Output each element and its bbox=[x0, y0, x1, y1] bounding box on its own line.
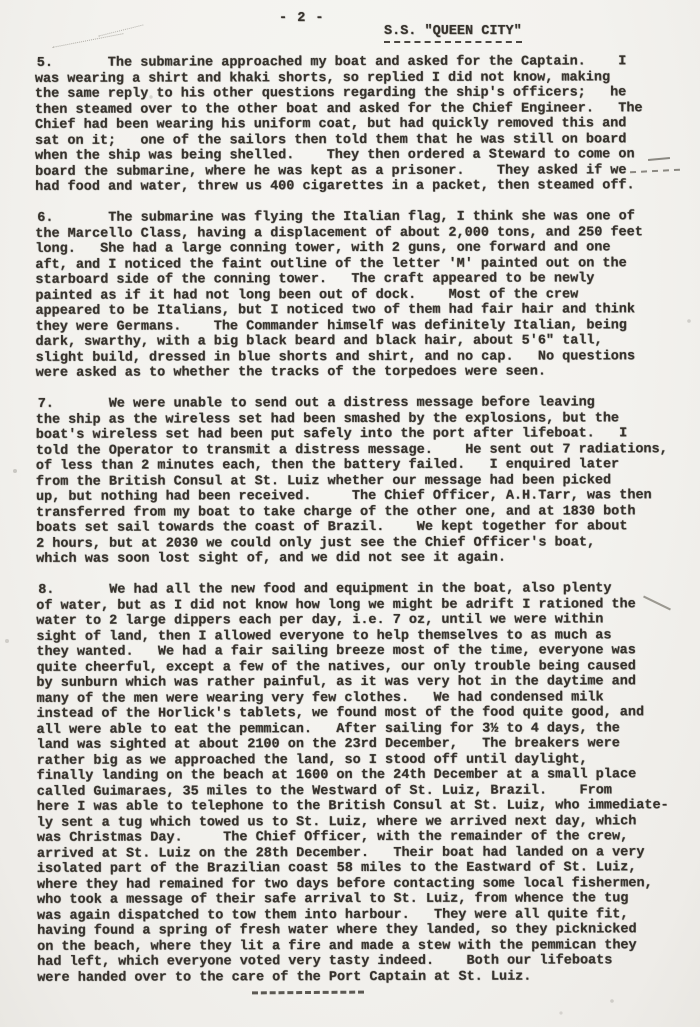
scan-speckles bbox=[0, 0, 2, 2]
pencil-scribble bbox=[53, 33, 124, 48]
text-line: sight of land, then I allowed everyone t… bbox=[36, 628, 676, 645]
report-body: 5.The submarine approached my boat and a… bbox=[35, 54, 677, 986]
text-line: which was soon lost sight of, and we did… bbox=[36, 550, 676, 567]
text-line: transferred from my boat to take charge … bbox=[36, 504, 676, 521]
text-line: who took a message of their safe arrival… bbox=[37, 891, 677, 908]
text-line: on the beach, where they lit a fire and … bbox=[37, 938, 677, 955]
text-line: had left, which everyone voted very tast… bbox=[37, 953, 677, 970]
text-line: starboard side of the conning tower. The… bbox=[35, 271, 675, 288]
text-line: was Christmas Day. The Chief Officer, wi… bbox=[37, 829, 677, 846]
text-line: ly sent a tug which towed us to St. Luiz… bbox=[37, 814, 677, 831]
text-line: long. She had a large conning tower, wit… bbox=[35, 240, 675, 257]
text-line: was wearing a shirt and khaki shorts, so… bbox=[35, 70, 675, 87]
text-line: quite cheerful, except a few of the nati… bbox=[36, 659, 676, 676]
pencil-scribble bbox=[99, 24, 144, 36]
text-line: from the British Consul at St. Luiz whet… bbox=[36, 473, 676, 490]
text-line: finally landing on the beach at 1600 on … bbox=[37, 767, 677, 784]
text-line: when the ship was being shelled. They th… bbox=[35, 147, 675, 164]
paragraph-6: 6.The submarine was flying the Italian f… bbox=[35, 209, 675, 381]
text-line: had food and water, threw us 400 cigaret… bbox=[35, 178, 675, 195]
text-line: all were able to eat the pemmican. After… bbox=[37, 721, 677, 738]
paragraph-8: 8.We had all the new food and equipment … bbox=[36, 581, 677, 986]
text-line: of water, but as I did not know how long… bbox=[36, 597, 676, 614]
text-line: instead of the Horlick's tablets, we fou… bbox=[36, 705, 676, 722]
text-line: aft, and I noticed the faint outline of … bbox=[35, 256, 675, 273]
text-line: here I was able to telephone to the Brit… bbox=[37, 798, 677, 815]
scanned-document-page: - 2 - S.S. "QUEEN CITY" 5.The submarine … bbox=[0, 0, 700, 1027]
text-line: We were unable to send out a distress me… bbox=[36, 395, 676, 412]
text-line: We had all the new food and equipment in… bbox=[36, 581, 676, 598]
paragraph-7: 7.We were unable to send out a distress … bbox=[36, 395, 676, 567]
text-line: were handed over to the care of the Port… bbox=[37, 969, 677, 986]
text-line: having found a spring of fresh water whe… bbox=[37, 922, 677, 939]
text-line: painted as if it had not long been out o… bbox=[35, 287, 675, 304]
text-line: rather big as we approached the land, so… bbox=[37, 752, 677, 769]
text-line: dark, swarthy, with a big black beard an… bbox=[36, 333, 676, 350]
text-line: boats set sail towards the coast of Braz… bbox=[36, 519, 676, 536]
text-line: sat on it; one of the sailors then told … bbox=[35, 132, 675, 149]
text-line: up, but nothing had been received. The C… bbox=[36, 488, 676, 505]
text-line: then steamed over to the other boat and … bbox=[35, 101, 675, 118]
text-line: the ship as the wireless set had been sm… bbox=[36, 411, 676, 428]
typed-separator bbox=[252, 991, 364, 995]
text-line: The submarine approached my boat and ask… bbox=[35, 54, 675, 71]
text-line: water to 2 large dippers each per day, i… bbox=[36, 612, 676, 629]
text-line: arrived at St. Luiz on the 28th December… bbox=[37, 845, 677, 862]
text-line: The submarine was flying the Italian fla… bbox=[35, 209, 675, 226]
text-line: the Marcello Class, having a displacemen… bbox=[35, 225, 675, 242]
text-line: where they had remained for two days bef… bbox=[37, 876, 677, 893]
text-line: they were Germans. The Commander himself… bbox=[35, 318, 675, 335]
text-line: slight build, dressed in blue shorts and… bbox=[36, 349, 676, 366]
text-line: board the submarine, where he was kept a… bbox=[35, 163, 675, 180]
text-line: were asked as to whether the tracks of t… bbox=[36, 364, 676, 381]
text-line: isolated part of the Brazilian coast 58 … bbox=[37, 860, 677, 877]
document-title: S.S. "QUEEN CITY" bbox=[384, 24, 522, 43]
text-line: of less than 2 minutes each, then the ba… bbox=[36, 457, 676, 474]
text-line: the same reply to his other questions re… bbox=[35, 85, 675, 102]
text-line: appeared to be Italians, but I noticed t… bbox=[35, 302, 675, 319]
text-line: was again dispatched to tow them into ha… bbox=[37, 907, 677, 924]
text-line: Chief had been wearing his uniform coat,… bbox=[35, 116, 675, 133]
page-number: - 2 - bbox=[279, 11, 325, 26]
text-line: 2 hours, but at 2030 we could only just … bbox=[36, 535, 676, 552]
paragraph-number: 5. bbox=[37, 56, 53, 72]
text-line: told the Operator to transmit a distress… bbox=[36, 442, 676, 459]
paragraph-number: 8. bbox=[38, 583, 54, 599]
paragraph-number: 6. bbox=[37, 211, 53, 227]
text-line: boat's wireless set had been put safely … bbox=[36, 426, 676, 443]
paragraph-5: 5.The submarine approached my boat and a… bbox=[35, 54, 675, 195]
text-line: land was sighted at about 2100 on the 23… bbox=[37, 736, 677, 753]
text-line: they wanted. We had a fair sailing breez… bbox=[36, 643, 676, 660]
text-line: by sunburn which was rather painful, as … bbox=[36, 674, 676, 691]
text-line: called Guimaraes, 35 miles to the Westwa… bbox=[37, 783, 677, 800]
paragraph-number: 7. bbox=[38, 397, 54, 413]
text-line: many of the men were wearing very few cl… bbox=[36, 690, 676, 707]
